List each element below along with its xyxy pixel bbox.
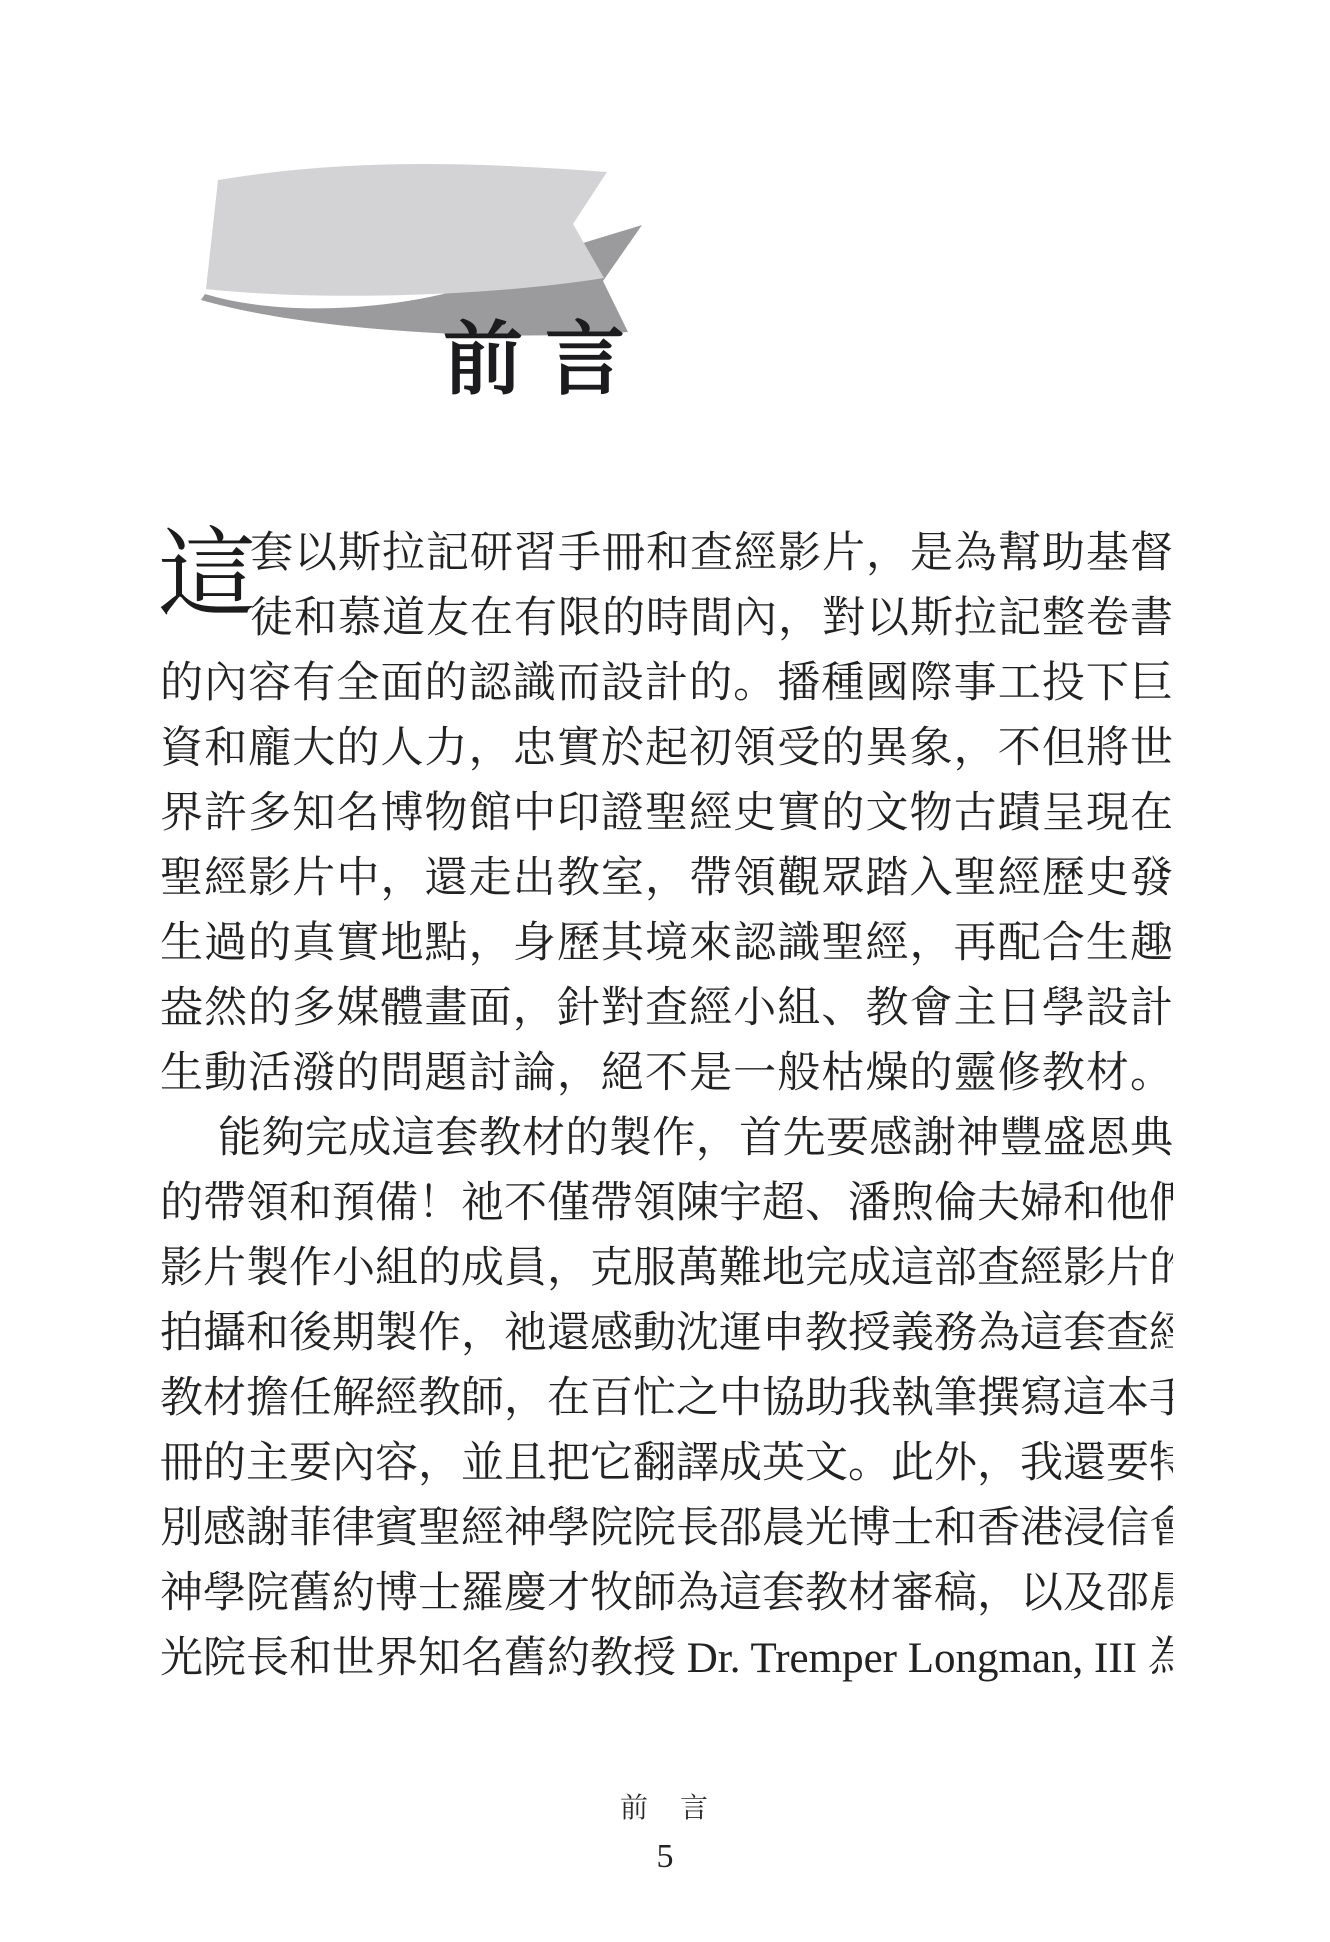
body-text: 套以斯拉記研習手冊和查經影片，是為幫助基督 徒和慕道友在有限的時間內，對以斯拉記… <box>160 521 1173 1691</box>
footer-page-number: 5 <box>0 1838 1330 1876</box>
body-line: 界許多知名博物館中印證聖經史實的文物古蹟呈現在 <box>160 781 1173 846</box>
body-line: 能夠完成這套教材的製作，首先要感謝神豐盛恩典 <box>160 1106 1173 1171</box>
body-line: 的帶領和預備！祂不僅帶領陳宇超、潘煦倫夫婦和他們 <box>160 1171 1173 1236</box>
body-line: 徒和慕道友在有限的時間內，對以斯拉記整卷書 <box>160 586 1173 651</box>
body-line: 生過的真實地點，身歷其境來認識聖經，再配合生趣 <box>160 911 1173 976</box>
body-line: 的內容有全面的認識而設計的。播種國際事工投下巨 <box>160 651 1173 716</box>
body-line: 冊的主要內容，並且把它翻譯成英文。此外，我還要特 <box>160 1431 1173 1496</box>
body-line: 資和龐大的人力，忠實於起初領受的異象，不但將世 <box>160 716 1173 781</box>
body-line: 生動活潑的問題討論，絕不是一般枯燥的靈修教材。 <box>160 1041 1173 1106</box>
chapter-banner: 前言 <box>155 128 660 353</box>
body-line: 影片製作小組的成員，克服萬難地完成這部查經影片的 <box>160 1236 1173 1301</box>
body-line: 教材擔任解經教師，在百忙之中協助我執筆撰寫這本手 <box>160 1366 1173 1431</box>
body-line: 神學院舊約博士羅慶才牧師為這套教材審稿，以及邵晨 <box>160 1561 1173 1626</box>
chapter-title: 前言 <box>443 320 647 400</box>
ribbon-front-shape <box>206 164 607 296</box>
book-page: 前言 這 套以斯拉記研習手冊和查經影片，是為幫助基督 徒和慕道友在有限的時間內，… <box>0 0 1330 1942</box>
body-line: 套以斯拉記研習手冊和查經影片，是為幫助基督 <box>160 521 1173 586</box>
footer-section-title: 前 言 <box>0 1786 1330 1826</box>
body-line: 聖經影片中，還走出教室，帶領觀眾踏入聖經歷史發 <box>160 846 1173 911</box>
body-line: 別感謝菲律賓聖經神學院院長邵晨光博士和香港浸信會 <box>160 1496 1173 1561</box>
body-line: 盎然的多媒體畫面，針對查經小組、教會主日學設計 <box>160 976 1173 1041</box>
body-line: 光院長和世界知名舊約教授 Dr. Tremper Longman, III 為 <box>160 1626 1173 1691</box>
body-line: 拍攝和後期製作，祂還感動沈運申教授義務為這套查經 <box>160 1301 1173 1366</box>
